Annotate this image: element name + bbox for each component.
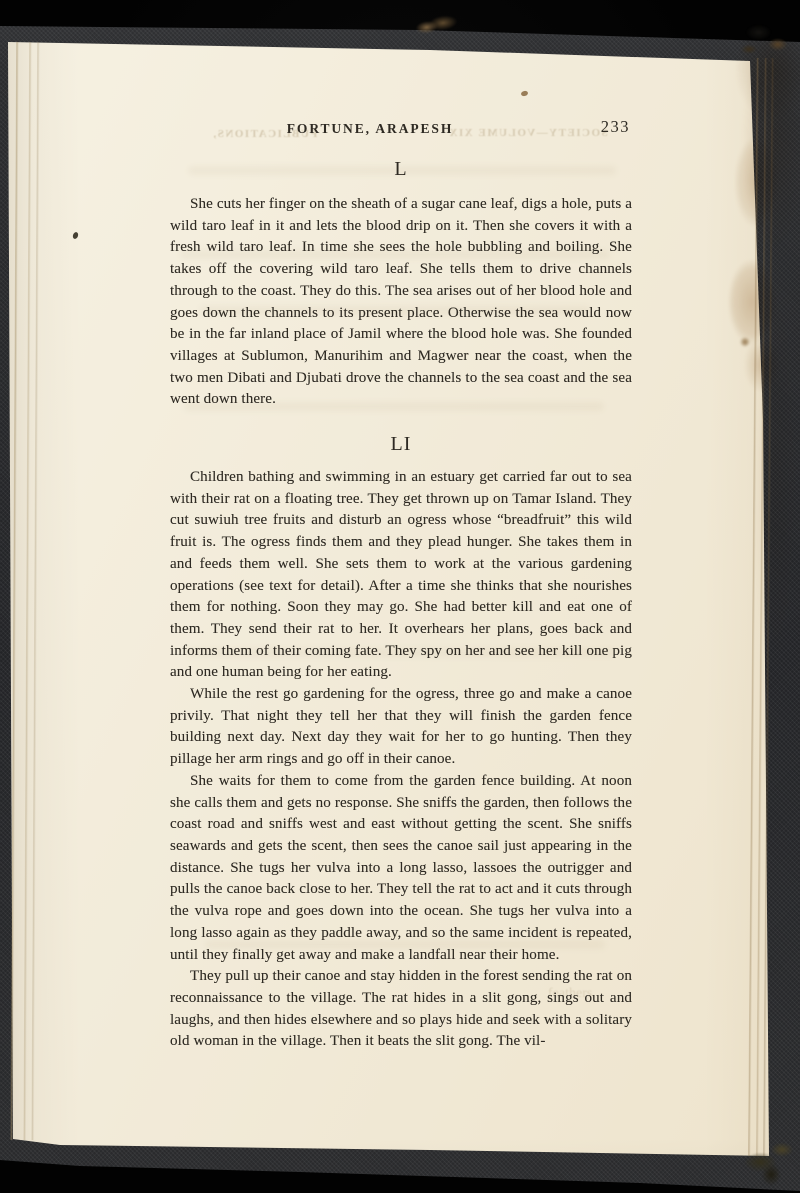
section-L: LShe cuts her finger on the sheath of a …	[170, 158, 632, 411]
paragraph: They pull up their canoe and stay hidden…	[170, 966, 632, 1053]
section-heading: L	[170, 158, 632, 181]
book-scan: PUBLICATIONS,SOCIETY—VOLUME XIXfeathers.…	[0, 0, 800, 1193]
page-content: FORTUNE, ARAPESH 233 LShe cuts her finge…	[170, 120, 632, 1053]
running-title: FORTUNE, ARAPESH	[287, 121, 453, 137]
frayed-corner-bottom-right	[728, 1128, 800, 1190]
section-heading: LI	[170, 433, 632, 456]
running-head: FORTUNE, ARAPESH 233	[170, 120, 632, 142]
page-edge-left	[5, 42, 45, 1140]
paragraph: She cuts her finger on the sheath of a s…	[170, 194, 632, 411]
text-sections: LShe cuts her finger on the sheath of a …	[170, 158, 632, 1053]
paragraph: She waits for them to come from the gard…	[170, 771, 632, 966]
section-LI: LIChildren bathing and swimming in an es…	[170, 433, 632, 1053]
page-number: 233	[601, 117, 630, 137]
paragraph: While the rest go gardening for the ogre…	[170, 684, 632, 771]
paragraph: Children bathing and swimming in an estu…	[170, 467, 632, 684]
